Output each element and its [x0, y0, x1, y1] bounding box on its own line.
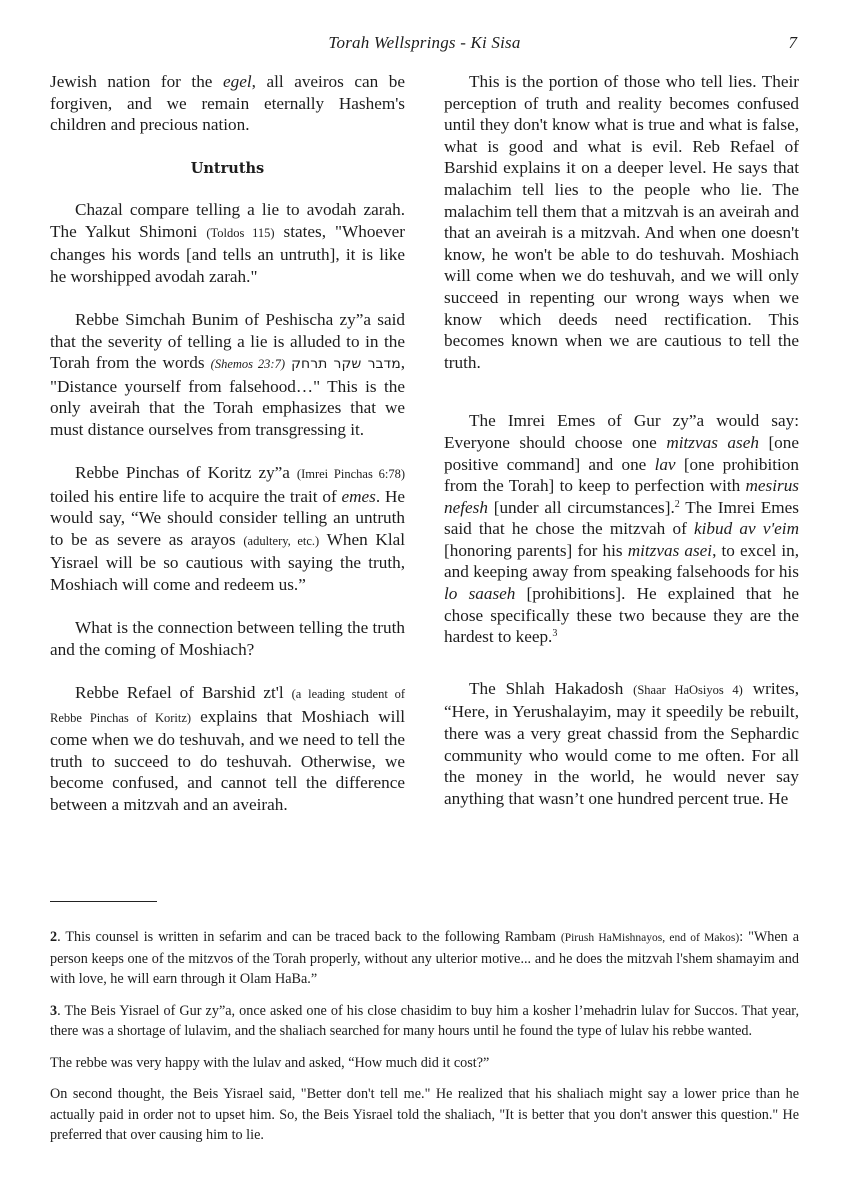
- italic-term: mitzvas asei: [628, 541, 712, 560]
- paragraph-refael-barshid: Rebbe Refael of Barshid zt'l (a leading …: [50, 682, 405, 816]
- source-citation: (Toldos 115): [206, 226, 274, 240]
- italic-term: lav: [655, 455, 676, 474]
- hebrew-quote: מדבר שקר תרחק: [291, 356, 401, 372]
- italic-term: egel: [223, 72, 252, 91]
- text: toiled his entire life to acquire the tr…: [50, 487, 341, 506]
- text: The Shlah Hakadosh: [469, 679, 633, 698]
- italic-term: emes: [341, 487, 375, 506]
- section-heading: Untruths: [50, 157, 405, 180]
- text: writes, “Here, in Yerushalayim, may it s…: [444, 679, 799, 808]
- italic-term: lo saaseh: [444, 584, 515, 603]
- paragraph-pinchas-koritz: Rebbe Pinchas of Koritz zy”a (Imrei Pinc…: [50, 462, 405, 596]
- running-header: Torah Wellsprings - Ki Sisa 7: [0, 33, 849, 57]
- paragraph-chazal: Chazal compare telling a lie to avodah z…: [50, 199, 405, 287]
- text: Rebbe Pinchas of Koritz zy”a: [75, 463, 297, 482]
- footnote-3-continued: The rebbe was very happy with the lulav …: [50, 1053, 799, 1074]
- italic-term: mitzvas aseh: [666, 433, 759, 452]
- footnote-ref-3[interactable]: 3: [552, 628, 557, 639]
- paragraph-continuation: Jewish nation for the egel, all aveiros …: [50, 71, 405, 136]
- text: Jewish nation for the: [50, 72, 223, 91]
- text: What is the connection between telling t…: [50, 618, 405, 659]
- paragraph-simchah-bunim: Rebbe Simchah Bunim of Peshischa zy”a sa…: [50, 309, 405, 441]
- paragraph-portion-of-liars: This is the portion of those who tell li…: [444, 71, 799, 373]
- book-title: Torah Wellsprings - Ki Sisa: [0, 33, 849, 53]
- footnotes: 2. This counsel is written in sefarim an…: [50, 927, 799, 1157]
- source-citation: (Imrei Pinchas 6:78): [297, 467, 405, 481]
- source-citation: (Shaar HaOsiyos 4): [633, 683, 743, 697]
- left-column: Jewish nation for the egel, all aveiros …: [50, 71, 405, 837]
- text: [honoring parents] for his: [444, 541, 628, 560]
- source-citation: (Pirush HaMishnayos, end of Makos): [561, 932, 739, 944]
- right-column: This is the portion of those who tell li…: [444, 71, 799, 831]
- text: Rebbe Refael of Barshid zt'l: [75, 683, 292, 702]
- text: [under all circumstances].: [488, 498, 675, 517]
- paragraph-imrei-emes: The Imrei Emes of Gur zy”a would say: Ev…: [444, 410, 799, 648]
- parenthetical: (adultery, etc.): [243, 534, 319, 548]
- footnote-3-conclusion: On second thought, the Beis Yisrael said…: [50, 1084, 799, 1146]
- footnote-2: 2. This counsel is written in sefarim an…: [50, 927, 799, 990]
- paragraph-question: What is the connection between telling t…: [50, 617, 405, 660]
- text: . This counsel is written in sefarim and…: [57, 929, 561, 945]
- page-number: 7: [789, 33, 798, 53]
- paragraph-shlah: The Shlah Hakadosh (Shaar HaOsiyos 4) wr…: [444, 678, 799, 810]
- text: . The Beis Yisrael of Gur zy”a, once ask…: [50, 1003, 799, 1040]
- source-citation: (Shemos 23:7): [211, 357, 285, 371]
- footnote-divider: [50, 901, 157, 902]
- text: This is the portion of those who tell li…: [444, 72, 799, 372]
- text: On second thought, the Beis Yisrael said…: [50, 1086, 799, 1143]
- footnote-3: 3. The Beis Yisrael of Gur zy”a, once as…: [50, 1001, 799, 1042]
- italic-term: kibud av v'eim: [694, 519, 799, 538]
- text: The rebbe was very happy with the lulav …: [50, 1055, 489, 1071]
